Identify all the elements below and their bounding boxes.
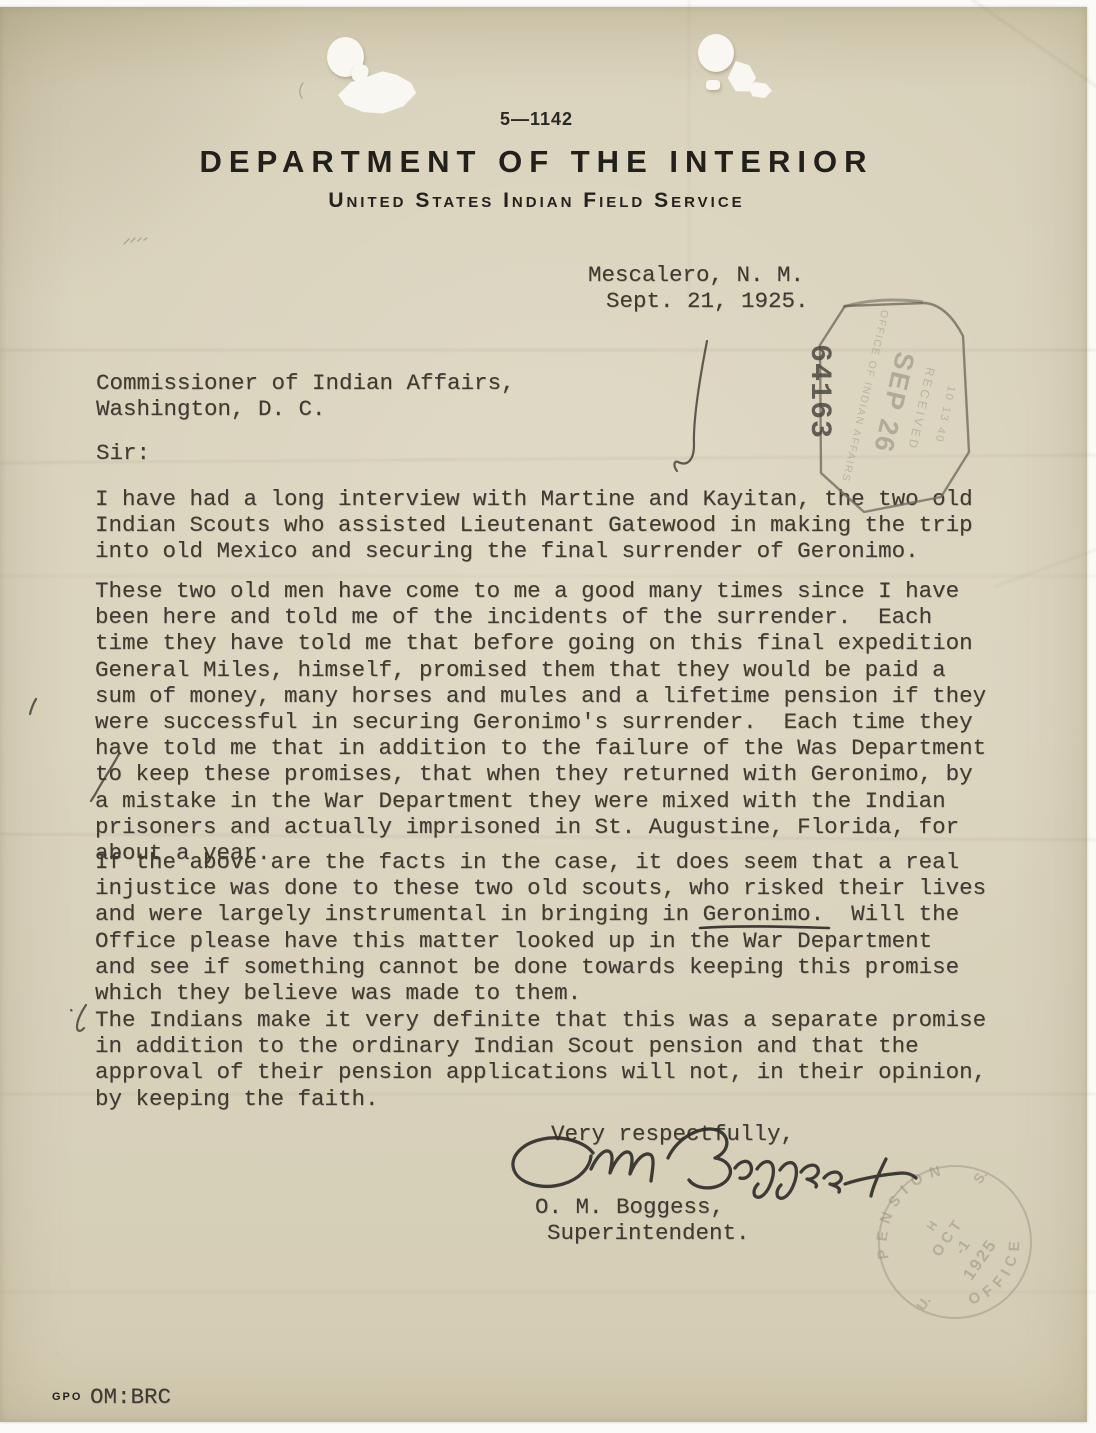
scanned-letter-page: 5—1142 DEPARTMENT OF THE INTERIOR United… bbox=[0, 0, 1096, 1433]
checkmark-pen-mark bbox=[674, 341, 707, 471]
slash-pen-mark bbox=[91, 754, 119, 801]
ell-pen-mark bbox=[71, 1005, 86, 1031]
pencil-smudge bbox=[124, 238, 147, 244]
signature-capital-b bbox=[668, 1129, 730, 1188]
small-crease-mark bbox=[300, 83, 303, 98]
signature-initials bbox=[513, 1138, 653, 1186]
comma-pen-mark bbox=[30, 699, 36, 714]
signature-script bbox=[513, 1129, 916, 1198]
ink-overlay bbox=[0, 0, 1096, 1433]
pencil-smudges bbox=[124, 83, 303, 244]
geronimo-pen-underline bbox=[700, 926, 829, 928]
signature-surname bbox=[735, 1159, 916, 1198]
margin-pen-marks bbox=[30, 341, 707, 1031]
